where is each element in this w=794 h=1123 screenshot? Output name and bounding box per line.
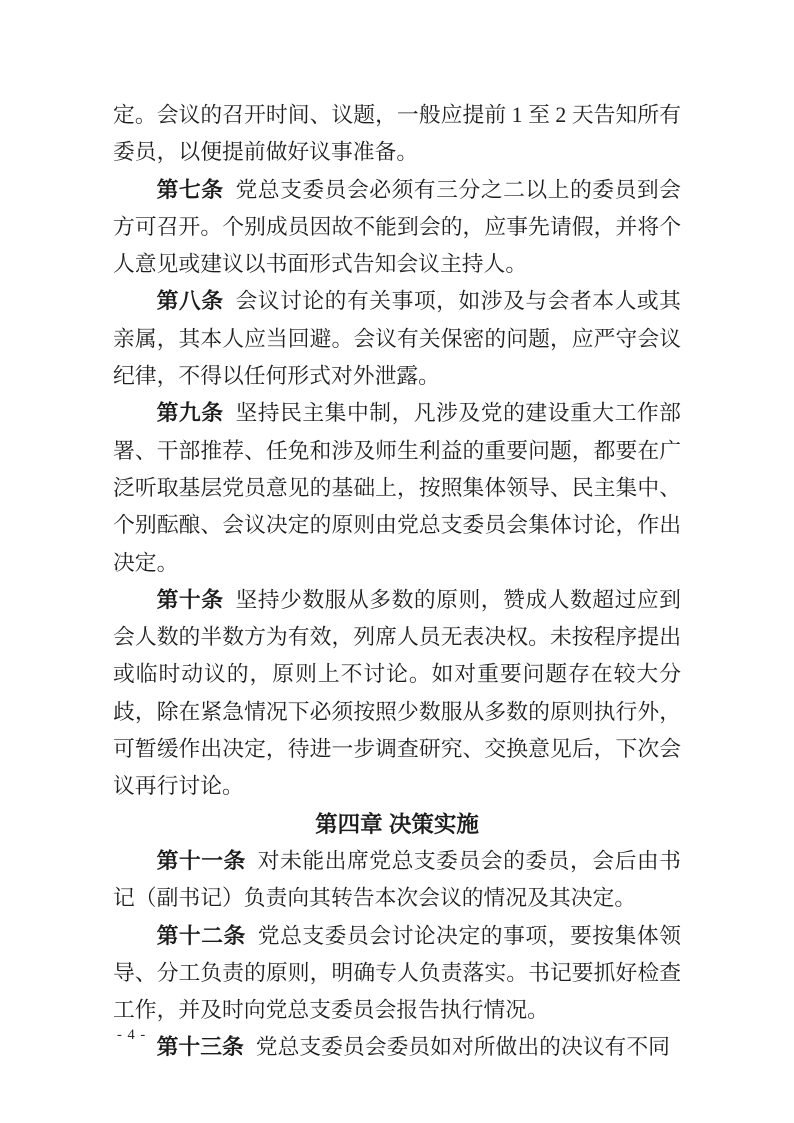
article-number: 第九条 bbox=[157, 401, 224, 425]
paragraph: 第十二条党总支委员会讨论决定的事项，要按集体领导、分工负责的原则，明确专人负责落… bbox=[113, 918, 681, 1030]
paragraph: 第九条坚持民主集中制，凡涉及党的建设重大工作部署、干部推荐、任免和涉及师生利益的… bbox=[113, 395, 681, 581]
article-number: 第十三条 bbox=[157, 1035, 244, 1059]
paragraph: 定。会议的召开时间、议题，一般应提前 1 至 2 天告知所有委员，以便提前做好议… bbox=[113, 97, 681, 172]
paragraph: 第七条党总支委员会必须有三分之二以上的委员到会方可召开。个别成员因故不能到会的，… bbox=[113, 172, 681, 284]
paragraph: 第八条会议讨论的有关事项，如涉及与会者本人或其亲属，其本人应当回避。会议有关保密… bbox=[113, 283, 681, 395]
chapter-heading: 第四章 决策实施 bbox=[113, 806, 681, 843]
article-number: 第七条 bbox=[157, 178, 224, 202]
document-page: 定。会议的召开时间、议题，一般应提前 1 至 2 天告知所有委员，以便提前做好议… bbox=[0, 0, 794, 1123]
article-number: 第十条 bbox=[157, 588, 224, 612]
article-number: 第十一条 bbox=[157, 849, 246, 873]
article-number: 第八条 bbox=[157, 289, 224, 313]
document-body: 定。会议的召开时间、议题，一般应提前 1 至 2 天告知所有委员，以便提前做好议… bbox=[113, 97, 681, 1067]
paragraph: 第十条坚持少数服从多数的原则，赞成人数超过应到会人数的半数方为有效，列席人员无表… bbox=[113, 582, 681, 806]
article-number: 第十二条 bbox=[157, 924, 246, 948]
paragraph: 第十一条对未能出席党总支委员会的委员，会后由书记（副书记）负责向其转告本次会议的… bbox=[113, 843, 681, 918]
paragraph: 第十三条党总支委员会委员如对所做出的决议有不同 bbox=[113, 1029, 681, 1066]
page-number: - 4 - bbox=[117, 1026, 146, 1044]
